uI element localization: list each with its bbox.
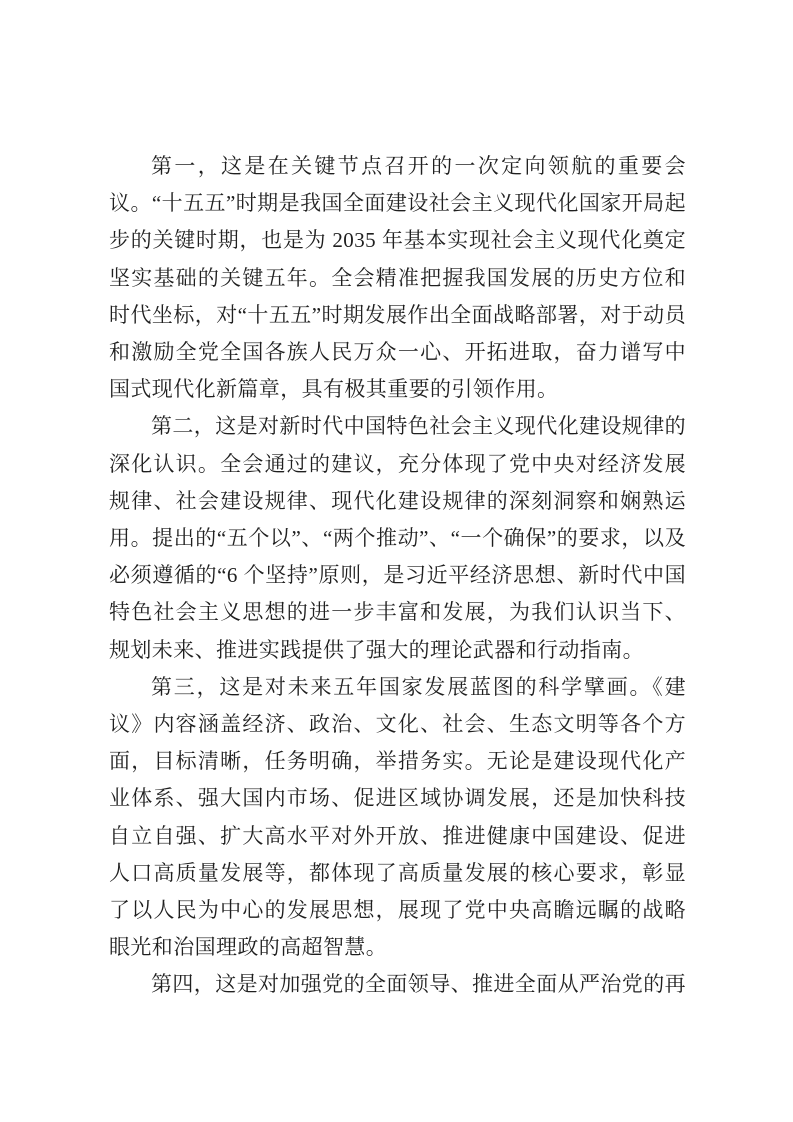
paragraph-4: 第四，这是对加强党的全面领导、推进全面从严治党的再 <box>109 966 686 1003</box>
paragraph-2: 第二，这是对新时代中国特色社会主义现代化建设规律的深化认识。全会通过的建议，充分… <box>109 408 686 668</box>
paragraph-1: 第一，这是在关键节点召开的一次定向领航的重要会议。“十五五”时期是我国全面建设社… <box>109 148 686 408</box>
document-page: 第一，这是在关键节点召开的一次定向领航的重要会议。“十五五”时期是我国全面建设社… <box>0 0 793 1122</box>
paragraph-3: 第三，这是对未来五年国家发展蓝图的科学擘画。《建议》内容涵盖经济、政治、文化、社… <box>109 669 686 967</box>
document-body: 第一，这是在关键节点召开的一次定向领航的重要会议。“十五五”时期是我国全面建设社… <box>109 148 686 1004</box>
